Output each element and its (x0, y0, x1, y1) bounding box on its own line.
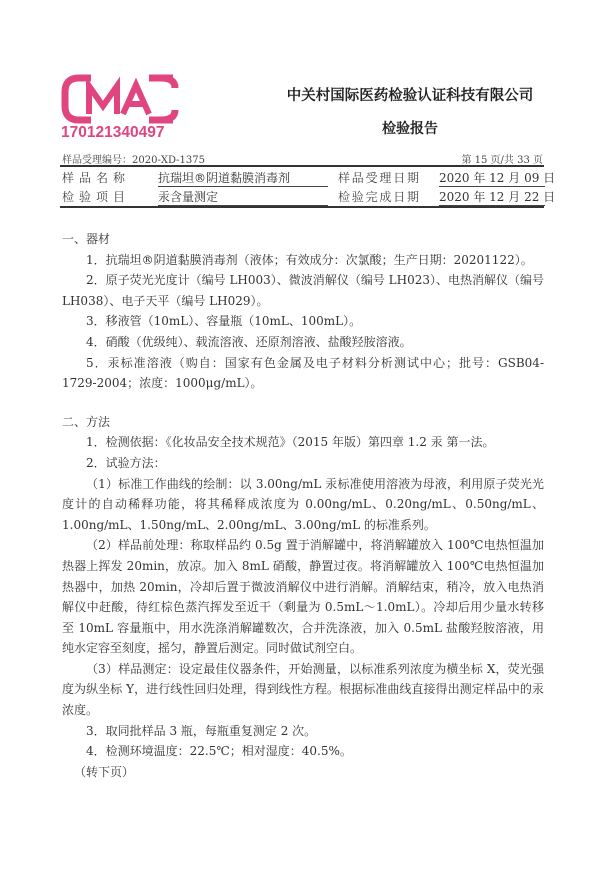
test-item-label: 检验项目 (62, 188, 130, 205)
section-heading-equipment: 一、器材 (62, 229, 544, 250)
info-row-test: 检验项目 汞含量测定 检验完成日期 2020 年 12 月 22 日 (62, 188, 546, 206)
equipment-item: 5．汞标准溶液（购自：国家有色金属及电子材料分析测试中心；批号：GSB04-17… (62, 353, 544, 394)
method-item: （2）样品前处理：称取样品约 0.5g 置于消解罐中，将消解罐放入 100℃电热… (62, 535, 544, 659)
method-item: （1）标准工作曲线的绘制：以 3.00ng/mL 汞标准使用溶液为母液，利用原子… (62, 474, 544, 536)
section-spacer (62, 394, 544, 412)
equipment-item: 4．硝酸（优级纯）、载流溶液、还原剂溶液、盐酸羟胺溶液。 (62, 332, 544, 353)
receive-date-label: 样品受理日期 (338, 169, 421, 186)
equipment-item: 2．原子荧光光度计（编号 LH003）、微波消解仪（编号 LH023）、电热消解… (62, 270, 544, 311)
sample-name-value: 抗瑞坦®阴道黏膜消毒剂 (158, 169, 328, 187)
section-heading-method: 二、方法 (62, 412, 544, 433)
method-item: （3）样品测定：设定最佳仪器条件，开始测量，以标准系列浓度为横坐标 X，荧光强度… (62, 659, 544, 721)
company-name: 中关村国际医药检验认证科技有限公司 (280, 84, 540, 105)
sample-acceptance-number: 样品受理编号：2020-XD-1375 (62, 151, 205, 166)
equipment-item: 3．移液管（10mL）、容量瓶（10mL、100mL）。 (62, 311, 544, 332)
equipment-item: 1．抗瑞坦®阴道黏膜消毒剂（液体；有效成分：次氯酸；生产日期：20201122）… (62, 250, 544, 271)
test-item-value: 汞含量测定 (158, 188, 328, 206)
report-body: 一、器材 1．抗瑞坦®阴道黏膜消毒剂（液体；有效成分：次氯酸；生产日期：2020… (62, 229, 544, 782)
sample-name-label: 样品名称 (62, 169, 130, 186)
report-title: 检验报告 (280, 118, 540, 138)
continue-note: （转下页） (62, 762, 544, 783)
cma-certificate-number: 170121340497 (61, 124, 164, 142)
report-page: 170121340497 中关村国际医药检验认证科技有限公司 检验报告 样品受理… (0, 0, 615, 880)
method-item: 2．试验方法： (62, 453, 544, 474)
header-divider-bottom (60, 206, 544, 208)
cma-mark-icon (61, 74, 179, 124)
page-indicator: 第 15 页/共 33 页 (461, 151, 543, 166)
method-item: 1．检测依据：《化妆品安全技术规范》（2015 年版）第四章 1.2 汞 第一法… (62, 432, 544, 453)
header-divider-top (60, 165, 544, 167)
info-row-sample: 样品名称 抗瑞坦®阴道黏膜消毒剂 样品受理日期 2020 年 12 月 09 日 (62, 169, 546, 187)
receive-date-value: 2020 年 12 月 09 日 (439, 169, 545, 187)
method-item: 4．检测环境温度：22.5℃；相对湿度：40.5%。 (62, 741, 544, 762)
method-item: 3．取同批样品 3 瓶，每瓶重复测定 2 次。 (62, 721, 544, 742)
complete-date-label: 检验完成日期 (338, 188, 421, 205)
complete-date-value: 2020 年 12 月 22 日 (439, 188, 545, 206)
